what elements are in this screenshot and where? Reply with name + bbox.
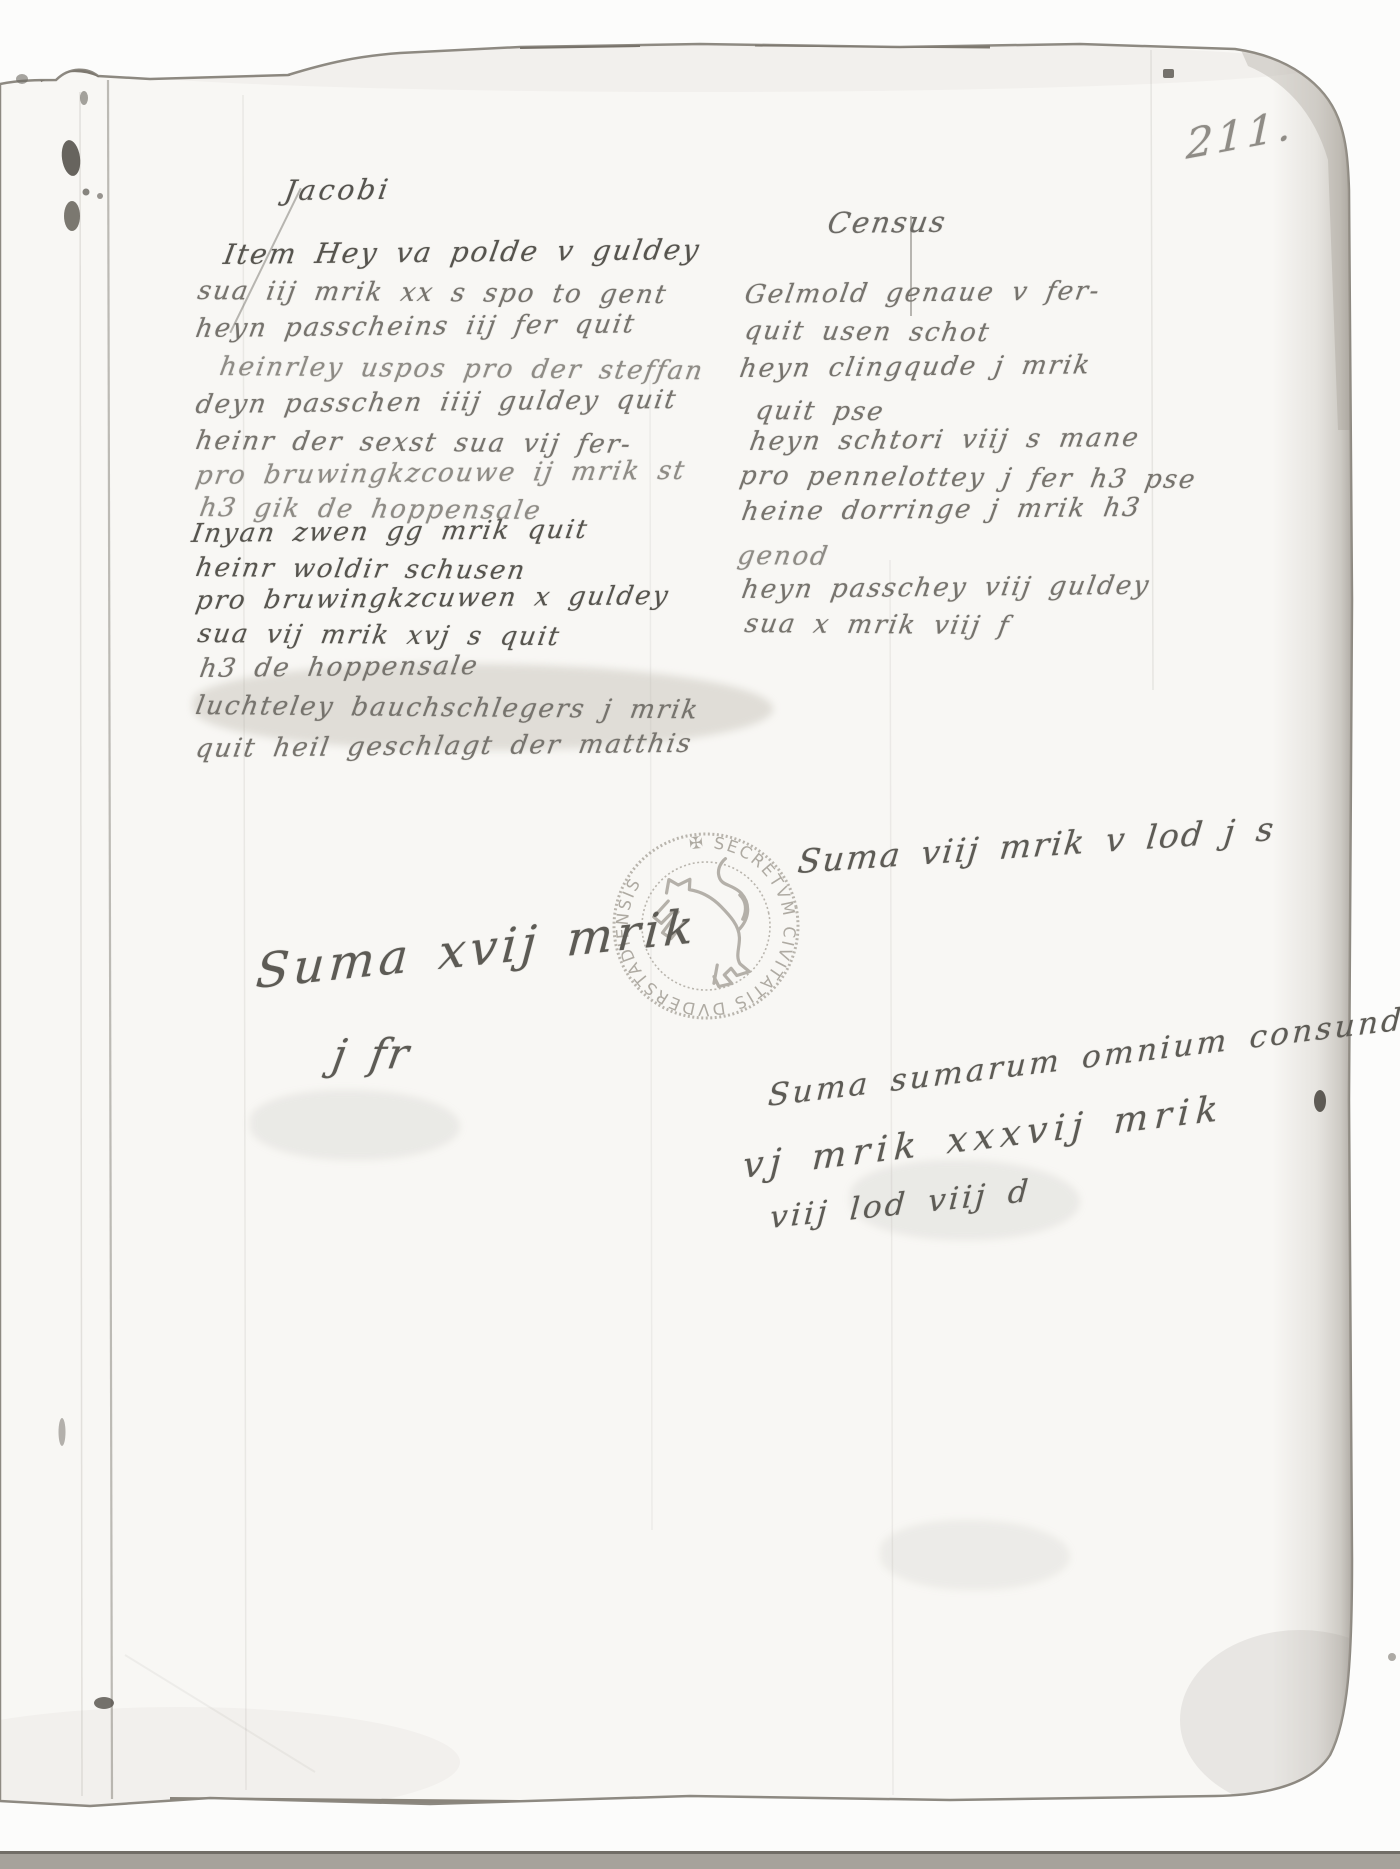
ledger-entry-line: deyn passchen iiij guldey quit xyxy=(194,385,680,420)
ledger-entry-line: heinrley uspos pro der steffan xyxy=(217,352,706,386)
ink-speck xyxy=(1314,1090,1326,1112)
ledger-entry-line: h3 de hoppensale xyxy=(198,651,482,684)
ledger-entry-line: Item Hey va polde v guldey xyxy=(221,233,703,271)
ledger-entry-line: heyn clingqude j mrik xyxy=(738,350,1094,384)
ledger-entry-line: heinr woldir schusen xyxy=(193,553,528,586)
ledger-entry-line: genod xyxy=(735,541,831,572)
ink-speck xyxy=(64,201,80,231)
sum-note-left-currency: j fr xyxy=(329,1029,414,1079)
ledger-entry-line: pro bruwingkzcuwen x guldey xyxy=(194,581,672,616)
ink-speck xyxy=(16,74,28,84)
show-through-smudge xyxy=(880,1520,1070,1590)
column-heading-census: Census xyxy=(825,205,949,240)
ledger-entry-line: sua x mrik viij f xyxy=(742,609,1012,641)
ledger-entry-line: sua iij mrik xx s spo to gent xyxy=(195,276,669,310)
ledger-entry-line: heyn passcheins iij fer quit xyxy=(194,309,639,344)
show-through-smudge xyxy=(250,1090,460,1160)
ledger-entry-line: Gelmold genaue v fer- xyxy=(743,276,1103,310)
scanner-strip-edge xyxy=(0,1851,1400,1854)
ledger-entry-line: heyn passchey viij guldey xyxy=(740,571,1153,605)
ledger-entry-line: pro bruwingkzcouwe ij mrik st xyxy=(194,456,689,491)
ledger-entry-line: luchteley bauchschlegers j mrik xyxy=(193,691,701,725)
scanner-strip xyxy=(0,1853,1400,1869)
stitch-mark xyxy=(97,193,103,199)
ink-speck xyxy=(1388,1653,1396,1661)
ledger-entry-line: heinr der sexst sua vij fer- xyxy=(193,426,634,460)
stitch-mark xyxy=(83,189,90,196)
page-heading: Jacobi xyxy=(282,173,393,207)
stitch-mark xyxy=(59,1418,66,1446)
ledger-entry-line: Inyan zwen gg mrik quit xyxy=(190,515,591,549)
ledger-entry-line: heyn schtori viij s mane xyxy=(748,423,1143,457)
ledger-entry-line: pro pennelottey j fer h3 pse xyxy=(737,461,1198,495)
ledger-entry-line: quit pse xyxy=(753,396,887,427)
ink-speck xyxy=(80,91,88,105)
ledger-entry-line: sua vij mrik xvj s quit xyxy=(195,619,563,652)
manuscript-scan: ✠ SECRETVM CIVITATIS DVDERSTADIENSIS 211… xyxy=(0,0,1400,1869)
stitch-mark xyxy=(94,1697,114,1709)
ledger-entry-line: heine dorringe j mrik h3 xyxy=(740,493,1144,527)
ledger-entry-line: quit usen schot xyxy=(742,316,992,348)
ledger-entry-line: quit heil geschlagt der matthis xyxy=(194,729,695,764)
ink-speck xyxy=(1163,69,1174,78)
